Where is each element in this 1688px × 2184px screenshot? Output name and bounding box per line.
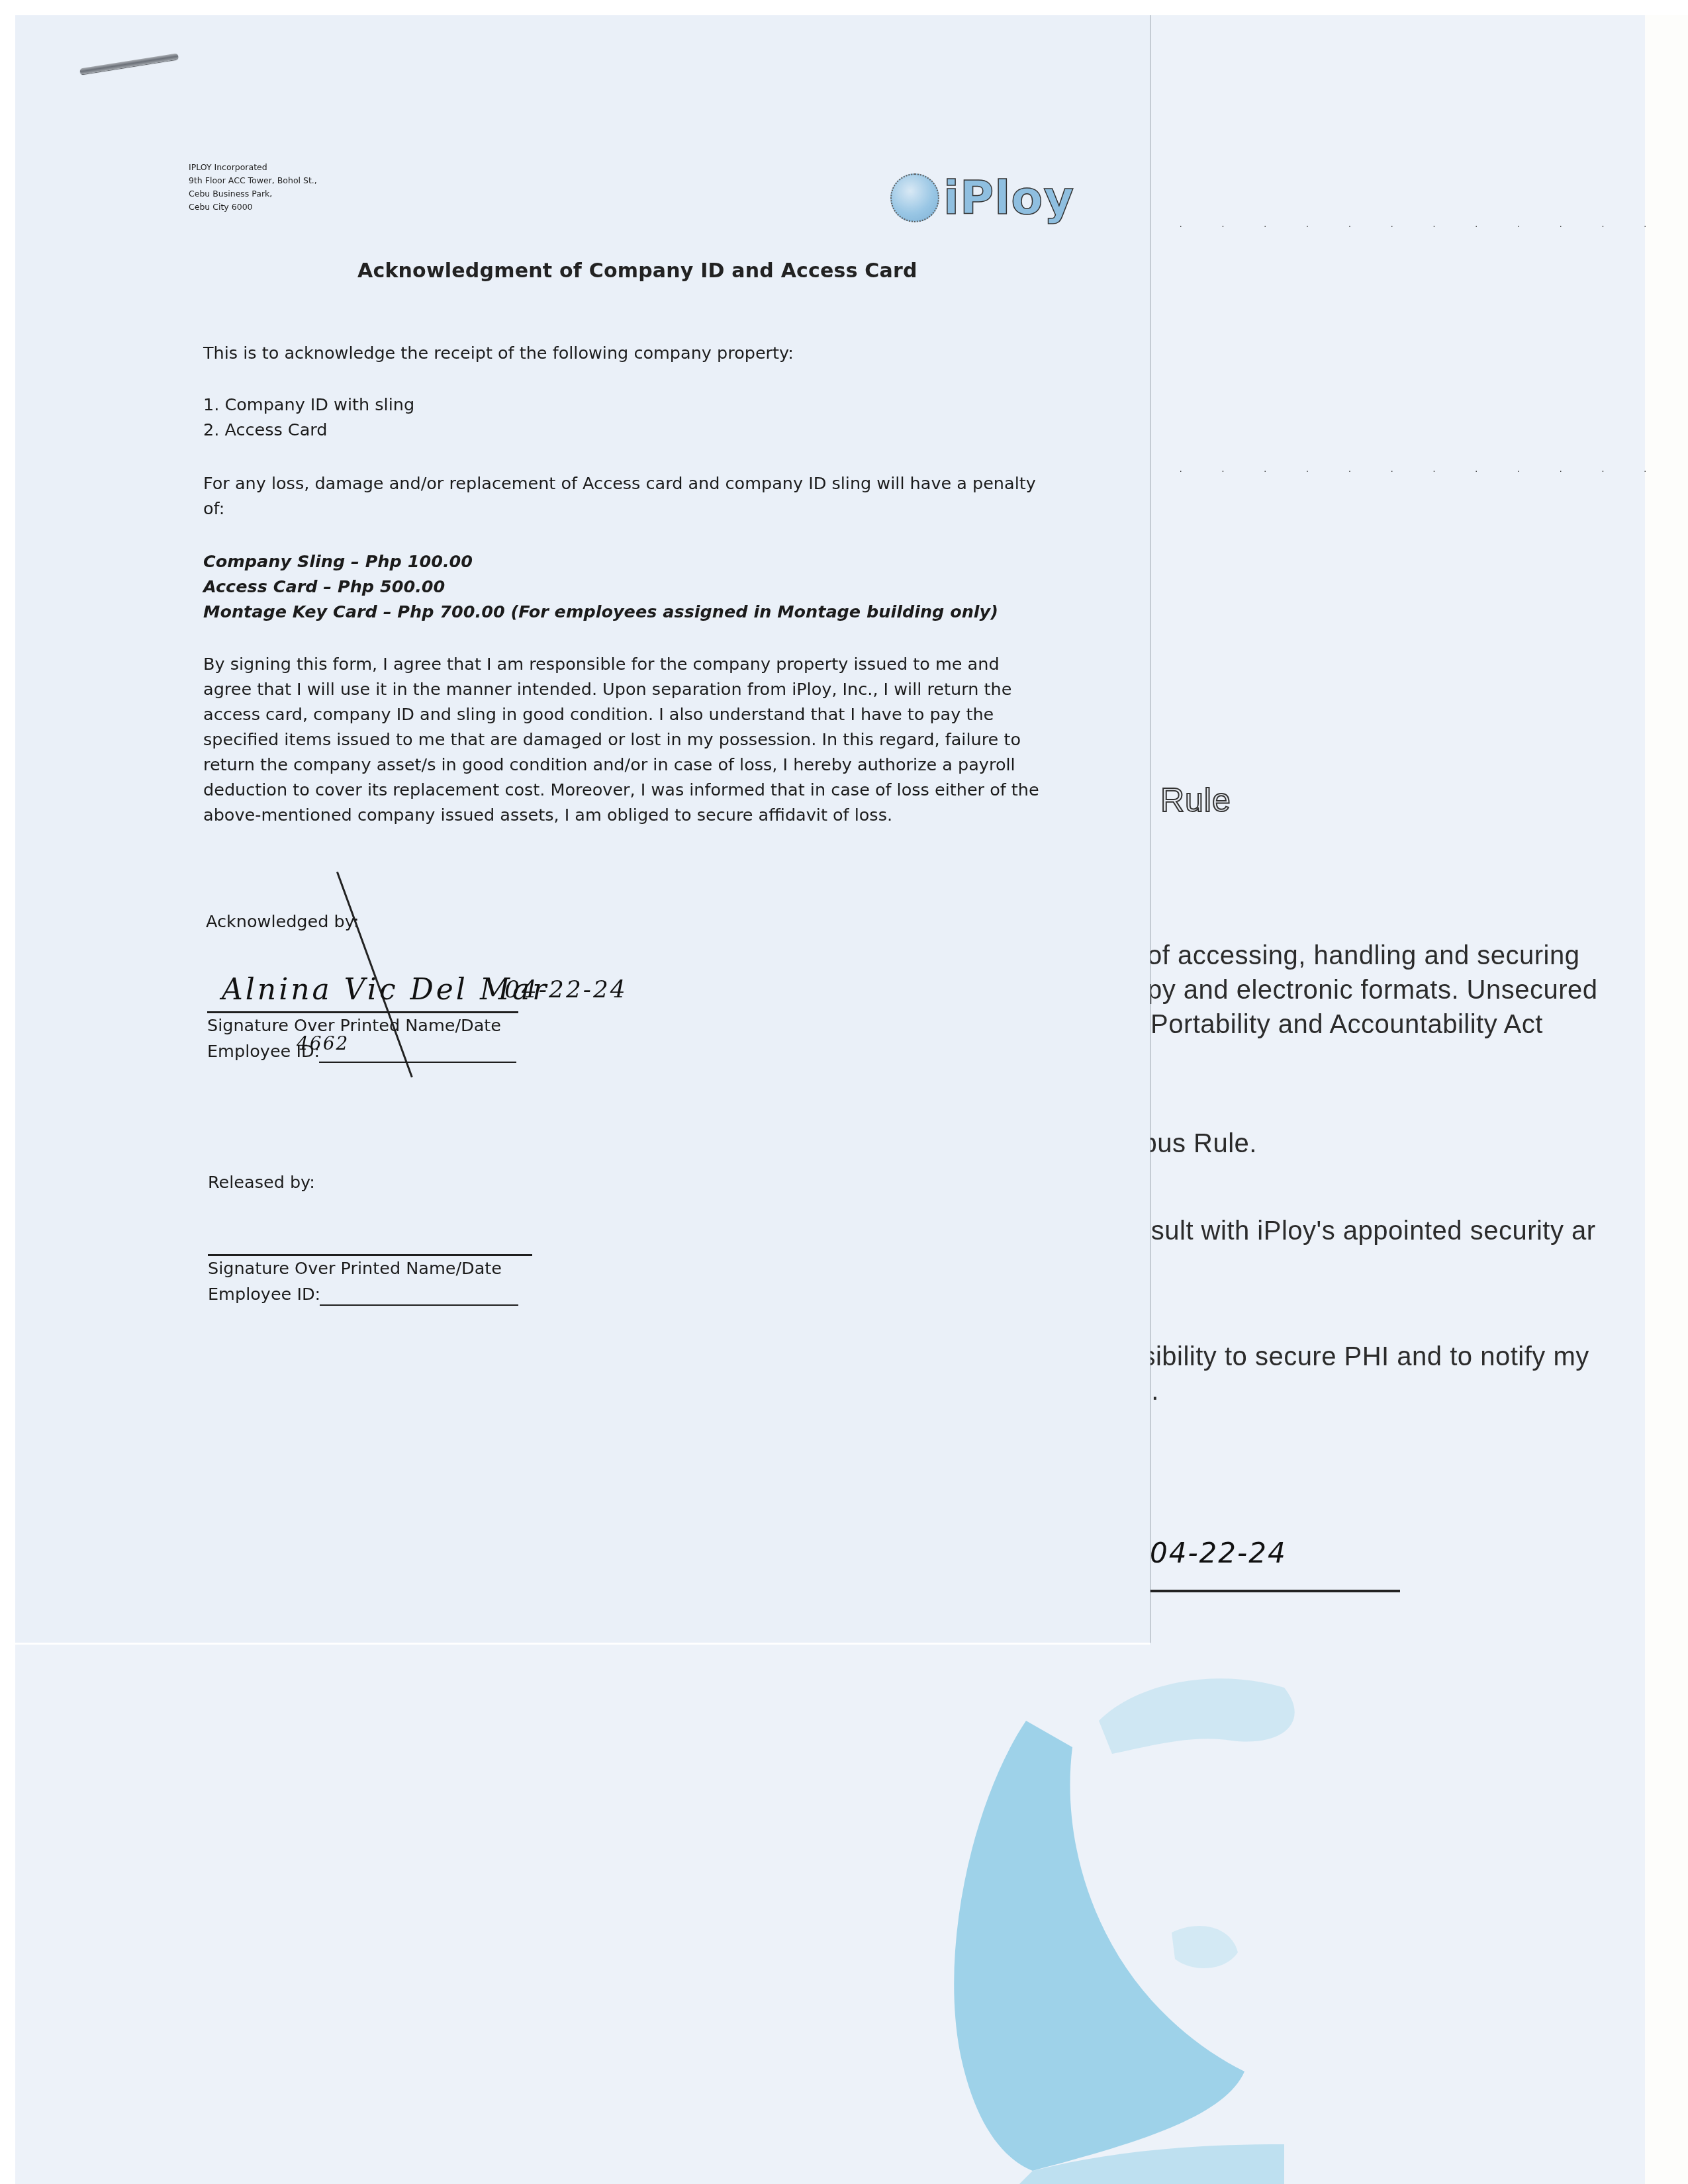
back-form-line: py and electronic formats. Unsecured (1147, 976, 1598, 1005)
rate-item: Montage Key Card – Php 700.00 (For emplo… (203, 600, 998, 625)
back-form-line: of accessing, handling and securing (1147, 941, 1579, 971)
back-form-line: nsult with iPloy's appointed security ar (1136, 1216, 1596, 1246)
employee-id-line (320, 1304, 518, 1306)
iploy-logo: iPloy (890, 171, 1074, 225)
intro-text: This is to acknowledge the receipt of th… (203, 341, 794, 366)
employee-id-label: Employee ID: (208, 1285, 320, 1304)
address-line: Cebu Business Park, (189, 187, 317, 201)
logo-text: iPloy (943, 171, 1074, 225)
globe-icon (890, 173, 939, 222)
property-item: 2. Access Card (203, 418, 414, 443)
globe-watermark-icon (914, 1641, 1509, 2184)
back-form-line: ibus Rule. (1136, 1129, 1257, 1159)
form-title: Acknowledgment of Company ID and Access … (357, 259, 917, 283)
penalty-text: For any loss, damage and/or replacement … (203, 471, 1044, 522)
company-address: IPLOY Incorporated 9th Floor ACC Tower, … (189, 161, 317, 214)
property-list: 1. Company ID with sling 2. Access Card (203, 392, 414, 443)
address-line: 9th Floor ACC Tower, Bohol St., (189, 174, 317, 187)
employee-id-line (319, 1062, 516, 1063)
penalty-rates: Company Sling – Php 100.00 Access Card –… (203, 549, 998, 625)
back-form-date-line (1150, 1590, 1400, 1592)
property-item: 1. Company ID with sling (203, 392, 414, 418)
signature-line (207, 1011, 518, 1013)
handwritten-signature-name: Alnina Vic Del Mar (222, 973, 549, 1007)
faint-print-dots: . . . . . . . . . . . . . (1137, 463, 1665, 474)
back-form-line: Portability and Accountability Act (1150, 1010, 1543, 1040)
handwritten-signature-date: 04-22-24 (504, 976, 628, 1003)
sheet-edge (15, 1643, 1150, 1645)
faint-print-dots: . . . . . . . . . . . . . . (1137, 218, 1688, 240)
rate-item: Access Card – Php 500.00 (203, 574, 998, 600)
rate-item: Company Sling – Php 100.00 (203, 549, 998, 574)
back-form-handwritten-date: 04-22-24 (1150, 1537, 1287, 1569)
scan-margin (1645, 15, 1688, 2184)
signature-line (208, 1254, 532, 1256)
employee-id-value: 4662 (297, 1032, 349, 1054)
sheet-edge (1150, 15, 1150, 1643)
acknowledged-by-label: Acknowledged by: (206, 912, 359, 932)
released-by-label: Released by: (208, 1173, 315, 1193)
signature-caption: Signature Over Printed Name/Date (207, 1016, 501, 1036)
address-line: IPLOY Incorporated (189, 161, 317, 174)
address-line: Cebu City 6000 (189, 201, 317, 214)
signature-caption: Signature Over Printed Name/Date (208, 1259, 502, 1279)
agreement-paragraph: By signing this form, I agree that I am … (203, 652, 1041, 828)
back-form-line: isibility to secure PHI and to notify my (1136, 1342, 1589, 1372)
